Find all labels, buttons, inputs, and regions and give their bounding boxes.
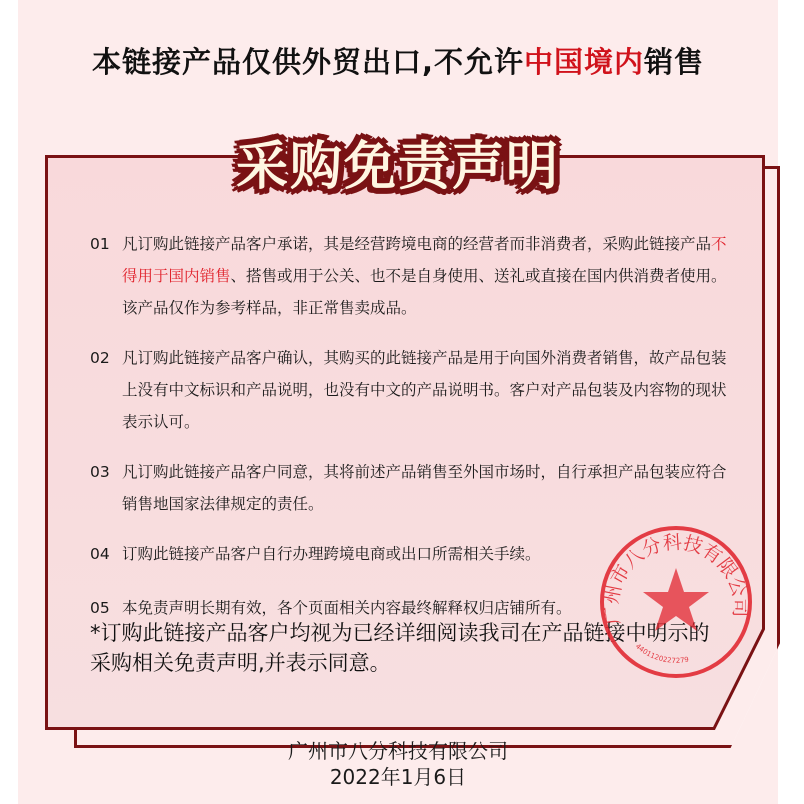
company-seal-icon: 广州市八分科技有限公司 4401120227279 <box>596 518 756 686</box>
clause-text: 凡订购此链接产品客户确认，其购买的此链接产品是用于向国外消费者销售，故产品包装上… <box>122 342 730 438</box>
headline-suffix: 销售 <box>644 45 704 79</box>
disclaimer-page: 本链接产品仅供外贸出口,不允许中国境内销售 采购免责声明 01 凡订购此链接产品… <box>18 0 778 804</box>
company-name: 广州市八分科技有限公司 <box>18 738 778 764</box>
clause-text: 凡订购此链接产品客户同意，其将前述产品销售至外国市场时，自行承担产品包装应符合销… <box>122 456 730 520</box>
clause-number: 03 <box>90 456 122 520</box>
title-badge: 采购免责声明 <box>18 124 778 199</box>
clause-number: 01 <box>90 228 122 324</box>
clause-item-02: 02 凡订购此链接产品客户确认，其购买的此链接产品是用于向国外消费者销售，故产品… <box>90 342 730 438</box>
signature-block: 广州市八分科技有限公司 2022年1月6日 <box>18 738 778 790</box>
clause-item-01: 01 凡订购此链接产品客户承诺，其是经营跨境电商的经营者而非消费者，采购此链接产… <box>90 228 730 324</box>
svg-text:4401120227279: 4401120227279 <box>634 642 690 665</box>
headline-highlight: 中国境内 <box>524 45 644 79</box>
signature-date: 2022年1月6日 <box>18 764 778 790</box>
export-only-headline: 本链接产品仅供外贸出口,不允许中国境内销售 <box>18 40 778 81</box>
clause-text: 凡订购此链接产品客户承诺，其是经营跨境电商的经营者而非消费者，采购此链接产品不得… <box>122 228 730 324</box>
clause-item-03: 03 凡订购此链接产品客户同意，其将前述产品销售至外国市场时，自行承担产品包装应… <box>90 456 730 520</box>
clause-number: 02 <box>90 342 122 438</box>
headline-prefix: 本链接产品仅供外贸出口,不允许 <box>92 45 524 79</box>
clause-number: 04 <box>90 538 122 570</box>
clause-text-before: 凡订购此链接产品客户承诺，其是经营跨境电商的经营者而非消费者，采购此链接产品 <box>122 235 711 253</box>
page-title: 采购免责声明 <box>226 124 570 199</box>
seal-number: 4401120227279 <box>634 642 690 665</box>
